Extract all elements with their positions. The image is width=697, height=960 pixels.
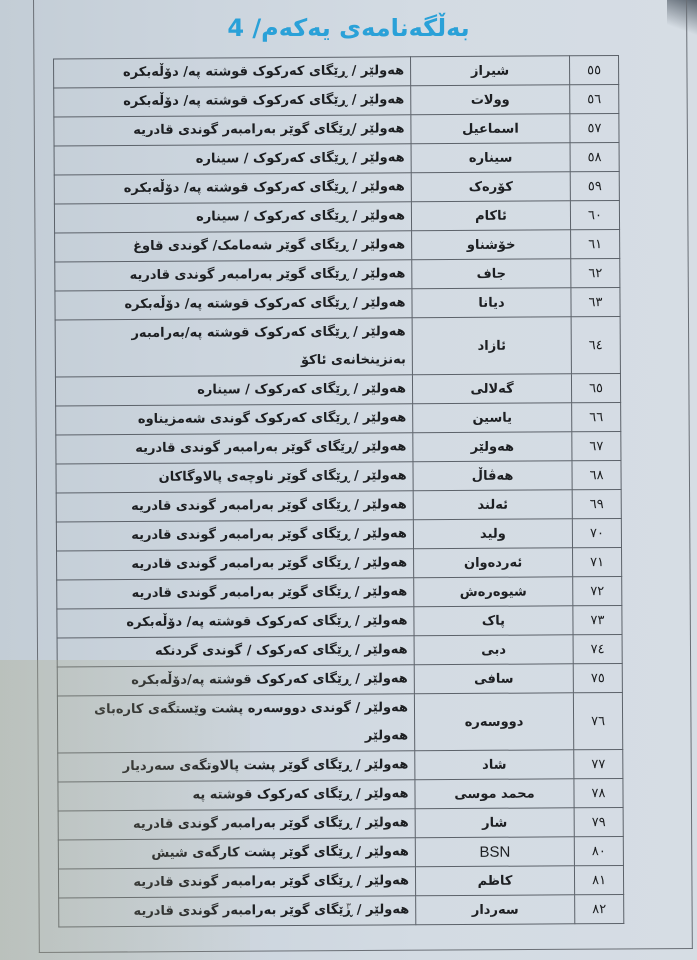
- row-name: جاف: [412, 259, 571, 289]
- row-name: اسماعیل: [411, 114, 570, 144]
- table-row: ٧٢شیوەرەشهەولێر / ڕێگای گوێر بەرامبەر گو…: [57, 576, 622, 608]
- row-number: ٦٨: [572, 460, 621, 489]
- row-address: هەولێر / ڕێگای گوێر بەرامبەر گوندی قادری…: [55, 260, 412, 291]
- row-number: ٦٧: [572, 431, 621, 460]
- row-number: ٦٣: [571, 287, 620, 316]
- row-number: ٧٦: [573, 692, 622, 749]
- table-row: ٥٨سینارەهەولێر / ڕێگای کەرکوک / سینارە: [54, 143, 619, 175]
- row-address: هەولێر / ڕێگای گوێر بەرامبەر گوندی قادری…: [58, 809, 415, 840]
- table-row: ٦٨هەڤاڵهەولێر / ڕێگای گوێر ناوچەی پالاوگ…: [56, 460, 621, 492]
- row-number: ٨١: [574, 865, 623, 894]
- row-name: یاسین: [413, 403, 572, 433]
- row-name: شیراز: [411, 56, 570, 86]
- table-row: ٧٤دبیهەولێر / ڕێگای کەرکوک / گوندی گردنک…: [57, 634, 622, 666]
- document-title: بەڵگەنامەی یەکەم/ 4: [0, 14, 697, 42]
- row-address: هەولێر / ڕێگای کەرکوک قوشتە پە/ دۆڵەبکرە: [54, 173, 411, 204]
- row-address: هەولێر / ڕێگای گوێر بەرامبەر گوندی قادری…: [56, 520, 413, 551]
- row-number: ٧٤: [573, 634, 622, 663]
- row-number: ٦٥: [571, 373, 620, 402]
- row-name: محمد موسی: [415, 779, 574, 809]
- row-number: ٧١: [573, 547, 622, 576]
- row-address: هەولێر / ڕێگای گوێر پشت پالاوتگەی سەردیا…: [58, 751, 415, 782]
- row-name: دبی: [414, 635, 573, 665]
- table-row: ٦٦یاسینهەولێر / ڕێگای کەرکوک گوندی شەمزی…: [56, 402, 621, 434]
- row-number: ٧٨: [574, 778, 623, 807]
- table-row: ٧٣پاکهەولێر / ڕێگای کەرکوک قوشتە پە/ دۆڵ…: [57, 605, 622, 637]
- table-row: ٦٩ئەلندهەولێر / ڕێگای گوێر بەرامبەر گوند…: [56, 489, 621, 521]
- row-number: ٧٥: [573, 663, 622, 692]
- row-name: شار: [415, 808, 574, 838]
- table-row: ٦٥گەلالیهەولێر / ڕێگای کەرکوک / سینارە: [55, 373, 620, 405]
- row-name: ولید: [413, 519, 572, 549]
- row-name: هەولێر: [413, 432, 572, 462]
- row-name: شاد: [415, 750, 574, 780]
- table-row: ٦٣دیاناهەولێر / ڕێگای کەرکوک قوشتە پە/ د…: [55, 287, 620, 319]
- row-address: هەولێر / ڕێگای کەرکوک / گوندی گردنکە: [57, 636, 414, 667]
- row-name: ئازاد: [412, 317, 571, 375]
- row-number: ٥٧: [570, 114, 619, 143]
- row-number: ٦٦: [572, 402, 621, 431]
- table-row: ٥٩کۆرەکهەولێر / ڕێگای کەرکوک قوشتە پە/ د…: [54, 172, 619, 204]
- row-number: ٥٩: [570, 172, 619, 201]
- row-number: ٧٢: [573, 576, 622, 605]
- table-row: ٧٥سافیهەولێر / ڕێگای کەرکوک قوشتە پە/دۆڵ…: [57, 663, 622, 695]
- row-address: هەولێر / ڕێگای کەرکوک / سینارە: [54, 144, 411, 175]
- row-address: هەولێر / ڕێگای کەرکوک / سینارە: [54, 202, 411, 233]
- table-row: ٥٥شیرازهەولێر / ڕێگای کەرکوک قوشتە پە/ د…: [54, 56, 619, 88]
- row-name: پاک: [414, 606, 573, 636]
- row-name: ئەردەوان: [414, 548, 573, 578]
- row-number: ٦٢: [571, 258, 620, 287]
- row-address: هەولێر / ڕێگای گوێر بەرامبەر گوندی قادری…: [58, 867, 415, 898]
- table-row: ٦٤ئازادهەولێر / ڕێگای کەرکوک قوشتە پە/بە…: [55, 316, 620, 376]
- row-address: هەولێر /ڕێگای گوێر بەرامبەر گوندی قادریە: [56, 433, 413, 464]
- row-number: ٥٨: [570, 143, 619, 172]
- table-row: ٦٢جافهەولێر / ڕێگای گوێر بەرامبەر گوندی …: [55, 258, 620, 290]
- row-number: ٨٠: [574, 836, 623, 865]
- row-number: ٧٩: [574, 807, 623, 836]
- table-row: ٦٧هەولێرهەولێر /ڕێگای گوێر بەرامبەر گوند…: [56, 431, 621, 463]
- row-address: هەولێر / ڕێگای کەرکوک قوشتە پە/ دۆڵەبکرە: [54, 86, 411, 117]
- table-row: ٨٠BSNهەولێر / ڕێگای گوێر پشت کارگەی شیش: [58, 836, 623, 868]
- row-name: کاظم: [415, 866, 574, 896]
- row-name: کۆرەک: [411, 172, 570, 202]
- table-row: ٦١خۆشناوهەولێر / ڕێگای گوێر شەمامک/ گوند…: [55, 229, 620, 261]
- row-number: ٧٣: [573, 605, 622, 634]
- row-name: هەڤاڵ: [413, 461, 572, 491]
- row-name: ئاکام: [411, 201, 570, 231]
- table-row: ٧٦دووسەرەهەولێر / گوندی دووسەرە پشت وێست…: [57, 692, 622, 752]
- row-address: هەولێر / ڕێگای گوێر بەرامبەر گوندی قادری…: [57, 549, 414, 580]
- scanned-page: بەڵگەنامەی یەکەم/ 4 ٥٥شیرازهەولێر / ڕێگا…: [0, 0, 697, 960]
- row-number: ٧٧: [574, 749, 623, 778]
- row-address: هەولێر /ڕێگای گوێر بەرامبەر گوندی قادریە: [54, 115, 411, 146]
- table-row: ٧٠ولیدهەولێر / ڕێگای گوێر بەرامبەر گوندی…: [56, 518, 621, 550]
- page-number: ٣: [0, 902, 697, 912]
- table-row: ٥٧اسماعیلهەولێر /ڕێگای گوێر بەرامبەر گون…: [54, 114, 619, 146]
- table-row: ٧٩شارهەولێر / ڕێگای گوێر بەرامبەر گوندی …: [58, 807, 623, 839]
- row-address: هەولێر / ڕێگای گوێر پشت کارگەی شیش: [58, 838, 415, 869]
- row-address: هەولێر / ڕێگای گوێر شەمامک/ گوندی قاوغ: [55, 231, 412, 262]
- row-address: هەولێر / ڕێگای کەرکوک قوشتە پە: [58, 780, 415, 811]
- row-address: هەولێر / ڕێگای کەرکوک / سینارە: [55, 375, 412, 406]
- row-name: سینارە: [411, 143, 570, 173]
- table-row: ٦٠ئاکامهەولێر / ڕێگای کەرکوک / سینارە: [54, 201, 619, 233]
- row-name: خۆشناو: [412, 230, 571, 260]
- row-address: هەولێر / ڕێگای کەرکوک قوشتە پە/ دۆڵەبکرە: [57, 607, 414, 638]
- table-row: ٧٨محمد موسیهەولێر / ڕێگای کەرکوک قوشتە پ…: [58, 778, 623, 810]
- locations-table: ٥٥شیرازهەولێر / ڕێگای کەرکوک قوشتە پە/ د…: [53, 55, 624, 927]
- row-number: ٧٠: [572, 518, 621, 547]
- table-row: ٧١ئەردەوانهەولێر / ڕێگای گوێر بەرامبەر گ…: [57, 547, 622, 579]
- row-number: ٦٩: [572, 489, 621, 518]
- row-name: شیوەرەش: [414, 577, 573, 607]
- row-address: هەولێر / ڕێگای کەرکوک قوشتە پە/دۆڵەبکرە: [57, 665, 414, 696]
- row-address: هەولێر / ڕێگای گوێر بەرامبەر گوندی قادری…: [56, 491, 413, 522]
- row-address: هەولێر / ڕێگای کەرکوک گوندی شەمزیناوە: [56, 404, 413, 435]
- row-address: هەولێر / ڕێگای کەرکوک قوشتە پە/ دۆڵەبکرە: [55, 289, 412, 320]
- row-number: ٥٦: [570, 85, 619, 114]
- row-address: هەولێر / گوندی دووسەرە پشت وێستگەی کارەب…: [57, 694, 414, 753]
- table-row: ٧٧شادهەولێر / ڕێگای گوێر پشت پالاوتگەی س…: [58, 749, 623, 781]
- row-address: هەولێر / ڕێگای گوێر ناوچەی پالاوگاکان: [56, 462, 413, 493]
- row-name: گەلالی: [412, 374, 571, 404]
- row-name: BSN: [415, 837, 574, 867]
- table-row: ٥٦وولاتهەولێر / ڕێگای کەرکوک قوشتە پە/ د…: [54, 85, 619, 117]
- row-number: ٦٤: [571, 316, 620, 373]
- row-address: هەولێر / ڕێگای گوێر بەرامبەر گوندی قادری…: [57, 578, 414, 609]
- row-name: ئەلند: [413, 490, 572, 520]
- row-address: هەولێر / ڕێگای کەرکوک قوشتە پە/ دۆڵەبکرە: [54, 57, 411, 88]
- table-row: ٨١کاظمهەولێر / ڕێگای گوێر بەرامبەر گوندی…: [58, 865, 623, 897]
- row-name: وولات: [411, 85, 570, 115]
- row-address: هەولێر / ڕێگای کەرکوک قوشتە پە/بەرامبەر …: [55, 318, 412, 377]
- row-number: ٦١: [571, 229, 620, 258]
- row-name: دووسەرە: [414, 693, 573, 751]
- row-name: دیانا: [412, 288, 571, 318]
- row-name: سافی: [414, 664, 573, 694]
- row-number: ٥٥: [570, 56, 619, 85]
- row-number: ٦٠: [570, 201, 619, 230]
